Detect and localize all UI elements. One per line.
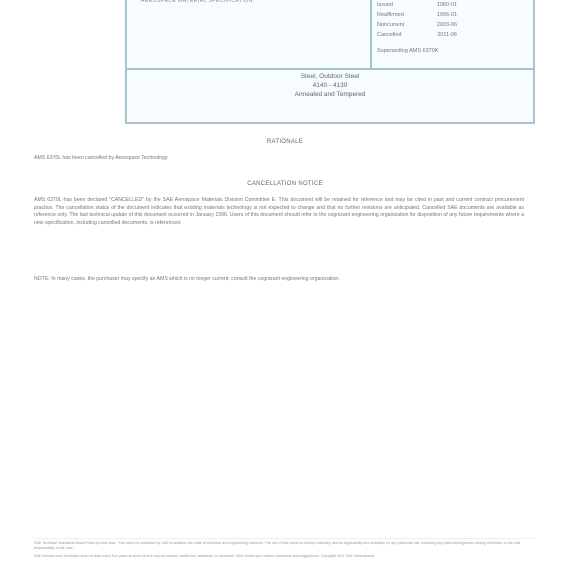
- rationale-text: AMS 6370L has been cancelled by Aerospac…: [34, 155, 524, 163]
- cancellation-text: AMS 6370L has been declared "CANCELLED" …: [34, 197, 524, 227]
- title-line: Annealed and Tempered: [127, 90, 533, 99]
- date-row: Cancelled 2011-06: [377, 30, 457, 40]
- footer-line: SAE reviews each technical report at lea…: [34, 554, 534, 559]
- rationale-heading: RATIONALE: [0, 139, 570, 145]
- date-label: Reaffirmed: [377, 10, 422, 20]
- superseding-label: Superseding AMS 6370K: [377, 48, 527, 54]
- date-value: 1980-01: [437, 0, 457, 10]
- header-left-cell: AEROSPACE MATERIAL SPECIFICATION: [127, 0, 372, 68]
- revision-dates: Issued 1980-01 Reaffirmed 1996-01 Noncur…: [377, 0, 527, 54]
- date-row: Reaffirmed 1996-01: [377, 10, 457, 20]
- date-label: Noncurrent: [377, 20, 422, 30]
- date-row: Noncurrent 2003-06: [377, 20, 457, 30]
- date-value: 2003-06: [437, 20, 457, 30]
- title-line: Steel, Outdoor Steel: [127, 72, 533, 81]
- footer-line: SAE Technical Standards Board Rules prov…: [34, 541, 534, 551]
- cancellation-heading: CANCELLATION NOTICE: [0, 181, 570, 187]
- spec-type-label: AEROSPACE MATERIAL SPECIFICATION: [141, 0, 253, 4]
- note-text: In many cases, the purchaser may specify…: [51, 276, 339, 282]
- title-line: 4140 - 4130: [127, 81, 533, 90]
- page-footer: SAE Technical Standards Board Rules prov…: [34, 538, 534, 563]
- note-label: NOTE:: [34, 276, 50, 282]
- date-value: 2011-06: [437, 30, 457, 40]
- date-value: 1996-01: [437, 10, 457, 20]
- note-paragraph: NOTE: In many cases, the purchaser may s…: [34, 276, 524, 284]
- document-header: AEROSPACE MATERIAL SPECIFICATION Issued …: [125, 0, 535, 124]
- document-title: Steel, Outdoor Steel 4140 - 4130 Anneale…: [127, 72, 533, 99]
- date-label: Issued: [377, 0, 422, 10]
- date-row: Issued 1980-01: [377, 0, 457, 10]
- date-label: Cancelled: [377, 30, 422, 40]
- header-top-section: AEROSPACE MATERIAL SPECIFICATION Issued …: [127, 0, 533, 70]
